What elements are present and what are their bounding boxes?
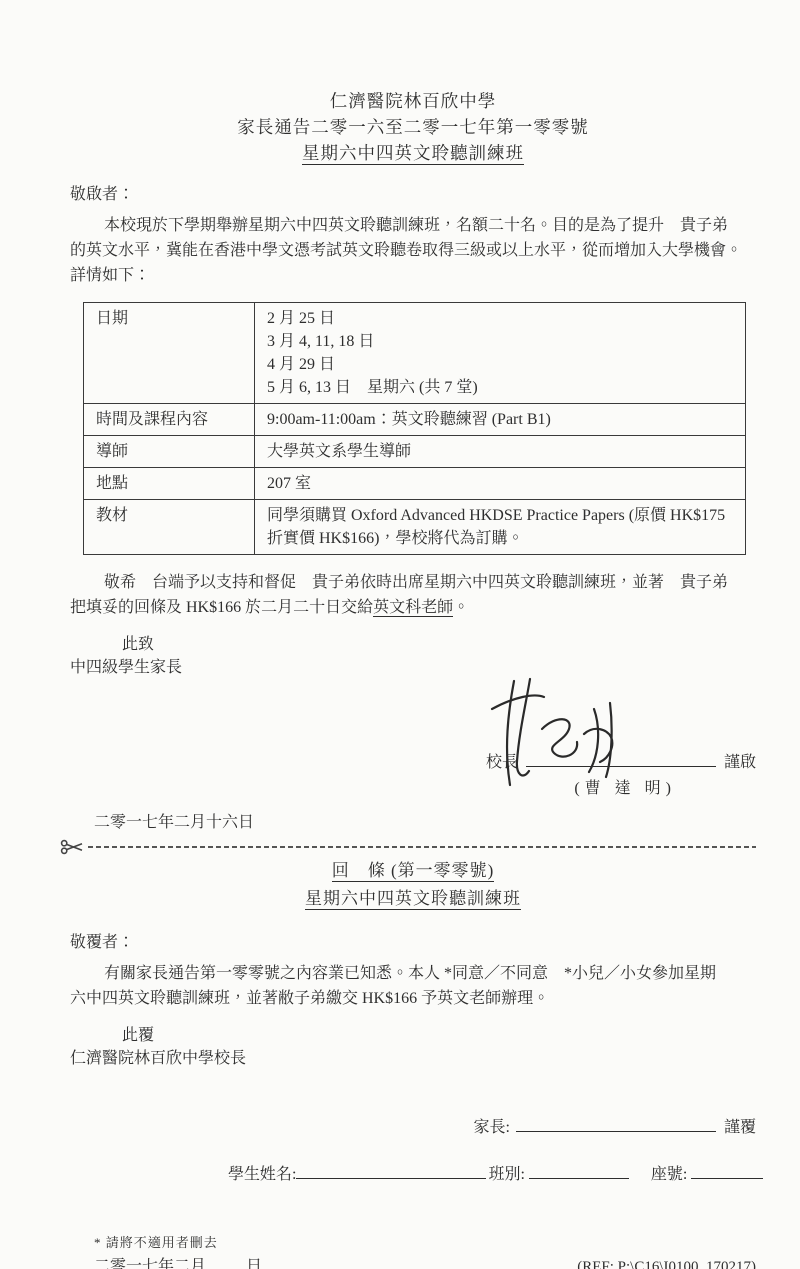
student-name-label: 學生姓名: bbox=[228, 1166, 296, 1183]
principal-label: 校長 bbox=[486, 754, 518, 771]
principal-honorific: 謹啟 bbox=[724, 754, 756, 771]
notice-recipient: 中四級學生家長 bbox=[70, 656, 756, 679]
intro-line: 本校現於下學期舉辦星期六中四英文聆聽訓練班，名額二十名。目的是為了提升 貴子弟 bbox=[70, 213, 756, 238]
parent-signature-line bbox=[516, 1116, 716, 1132]
row-value: 大學英文系學生導師 bbox=[255, 436, 746, 468]
seat-label: 座號: bbox=[651, 1166, 687, 1183]
table-row-time: 時間及課程內容 9:00am-11:00am：英文聆聽練習 (Part B1) bbox=[84, 404, 746, 436]
notice-document: 仁濟醫院林百欣中學 家長通告二零一六至二零一七年第一零零號 星期六中四英文聆聽訓… bbox=[0, 0, 800, 1269]
closing-text: 。 bbox=[453, 599, 469, 616]
closing-text: 把填妥的回條及 HK$166 於二月二十日交給 bbox=[70, 599, 373, 616]
student-name-line bbox=[296, 1163, 486, 1179]
reply-fill-date: 二零一七年二月日 bbox=[94, 1253, 262, 1269]
reply-body-paragraph: 有關家長通告第一零零號之內容業已知悉。本人 *同意／不同意 *小兒／小女參加星期… bbox=[70, 961, 756, 1011]
reply-slip-subheading: 星期六中四英文聆聽訓練班 bbox=[70, 886, 756, 911]
row-label: 教材 bbox=[84, 500, 255, 555]
table-row-materials: 教材 同學須購買 Oxford Advanced HKDSE Practice … bbox=[84, 500, 746, 555]
reply-slip-title: 回 條 (第一零零號) bbox=[332, 861, 495, 882]
date-line: 3 月 4, 11, 18 日 bbox=[267, 330, 733, 353]
class-line bbox=[529, 1163, 629, 1179]
reply-slip-heading: 回 條 (第一零零號) bbox=[70, 858, 756, 883]
intro-line: 的英文水平，冀能在香港中學文憑考試英文聆聽卷取得三級或以上水平，從而增加入大學機… bbox=[70, 238, 756, 263]
notice-subject: 星期六中四英文聆聽訓練班 bbox=[302, 143, 524, 165]
closing-line: 敬希 台端予以支持和督促 貴子弟依時出席星期六中四英文聆聽訓練班，並著 貴子弟 bbox=[70, 570, 756, 595]
closing-line: 把填妥的回條及 HK$166 於二月二十日交給英文科老師。 bbox=[70, 595, 756, 620]
reply-salutation: 敬覆者： bbox=[70, 929, 756, 952]
english-teacher-underlined: 英文科老師 bbox=[373, 599, 453, 617]
notice-farewell: 此致 bbox=[122, 633, 756, 656]
school-name: 仁濟醫院林百欣中學 bbox=[70, 88, 756, 114]
details-table: 日期 2 月 25 日 3 月 4, 11, 18 日 4 月 29 日 5 月… bbox=[83, 302, 746, 555]
footer: * 請將不適用者刪去 二零一七年二月日 (REF: P:\C16\I0100_1… bbox=[70, 1232, 756, 1269]
reply-line: 有關家長通告第一零零號之內容業已知悉。本人 *同意／不同意 *小兒／小女參加星期 bbox=[70, 961, 756, 986]
parent-honorific: 謹覆 bbox=[724, 1119, 756, 1136]
table-row-venue: 地點 207 室 bbox=[84, 468, 746, 500]
cut-line bbox=[60, 839, 756, 855]
row-value: 同學須購買 Oxford Advanced HKDSE Practice Pap… bbox=[255, 500, 746, 555]
principal-signature-line bbox=[526, 751, 716, 767]
signature-block: 校長謹啟 (曹 達 明) bbox=[70, 687, 756, 805]
date-line: 5 月 6, 13 日 星期六 (共 7 堂) bbox=[267, 376, 733, 399]
reply-slip-subject: 星期六中四英文聆聽訓練班 bbox=[305, 889, 521, 910]
delete-inapplicable-footnote: * 請將不適用者刪去 bbox=[94, 1232, 756, 1251]
reply-recipient: 仁濟醫院林百欣中學校長 bbox=[70, 1047, 756, 1070]
fill-date-prefix: 二零一七年二月 bbox=[94, 1258, 206, 1269]
notice-number: 家長通告二零一六至二零一七年第一零零號 bbox=[70, 114, 756, 140]
principal-name: (曹 達 明) bbox=[574, 775, 676, 798]
parent-sign-row: 家長:謹覆 bbox=[70, 1114, 756, 1137]
reference-number: (REF: P:\C16\I0100_170217) bbox=[577, 1259, 756, 1269]
notice-closing-paragraph: 敬希 台端予以支持和督促 貴子弟依時出席星期六中四英文聆聽訓練班，並著 貴子弟 … bbox=[70, 570, 756, 620]
row-value: 2 月 25 日 3 月 4, 11, 18 日 4 月 29 日 5 月 6,… bbox=[255, 303, 746, 404]
row-value: 207 室 bbox=[255, 468, 746, 500]
dashed-rule bbox=[88, 846, 756, 848]
table-row-date: 日期 2 月 25 日 3 月 4, 11, 18 日 4 月 29 日 5 月… bbox=[84, 303, 746, 404]
class-label: 班別: bbox=[488, 1166, 524, 1183]
reply-line: 六中四英文聆聽訓練班，並著敝子弟繳交 HK$166 予英文老師辦理。 bbox=[70, 986, 756, 1011]
principal-sign-row: 校長謹啟 bbox=[486, 749, 756, 772]
notice-salutation: 敬啟者： bbox=[70, 181, 756, 204]
row-label: 地點 bbox=[84, 468, 255, 500]
intro-line: 詳情如下： bbox=[70, 263, 756, 288]
notice-date: 二零一七年二月十六日 bbox=[94, 809, 756, 832]
notice-intro-paragraph: 本校現於下學期舉辦星期六中四英文聆聽訓練班，名額二十名。目的是為了提升 貴子弟 … bbox=[70, 213, 756, 288]
parent-label: 家長: bbox=[474, 1119, 510, 1136]
table-row-tutor: 導師 大學英文系學生導師 bbox=[84, 436, 746, 468]
row-value: 9:00am-11:00am：英文聆聽練習 (Part B1) bbox=[255, 404, 746, 436]
reply-farewell: 此覆 bbox=[122, 1024, 756, 1047]
seat-line bbox=[691, 1163, 763, 1179]
scissors-icon bbox=[60, 839, 86, 855]
row-label: 時間及課程內容 bbox=[84, 404, 255, 436]
row-label: 導師 bbox=[84, 436, 255, 468]
date-line: 2 月 25 日 bbox=[267, 307, 733, 330]
fill-date-suffix: 日 bbox=[246, 1258, 262, 1269]
row-label: 日期 bbox=[84, 303, 255, 404]
notice-header: 仁濟醫院林百欣中學 家長通告二零一六至二零一七年第一零零號 星期六中四英文聆聽訓… bbox=[70, 88, 756, 166]
student-info-row: 學生姓名:班別: 座號: bbox=[228, 1161, 756, 1184]
date-line: 4 月 29 日 bbox=[267, 353, 733, 376]
footer-row: 二零一七年二月日 (REF: P:\C16\I0100_170217) bbox=[70, 1253, 756, 1269]
